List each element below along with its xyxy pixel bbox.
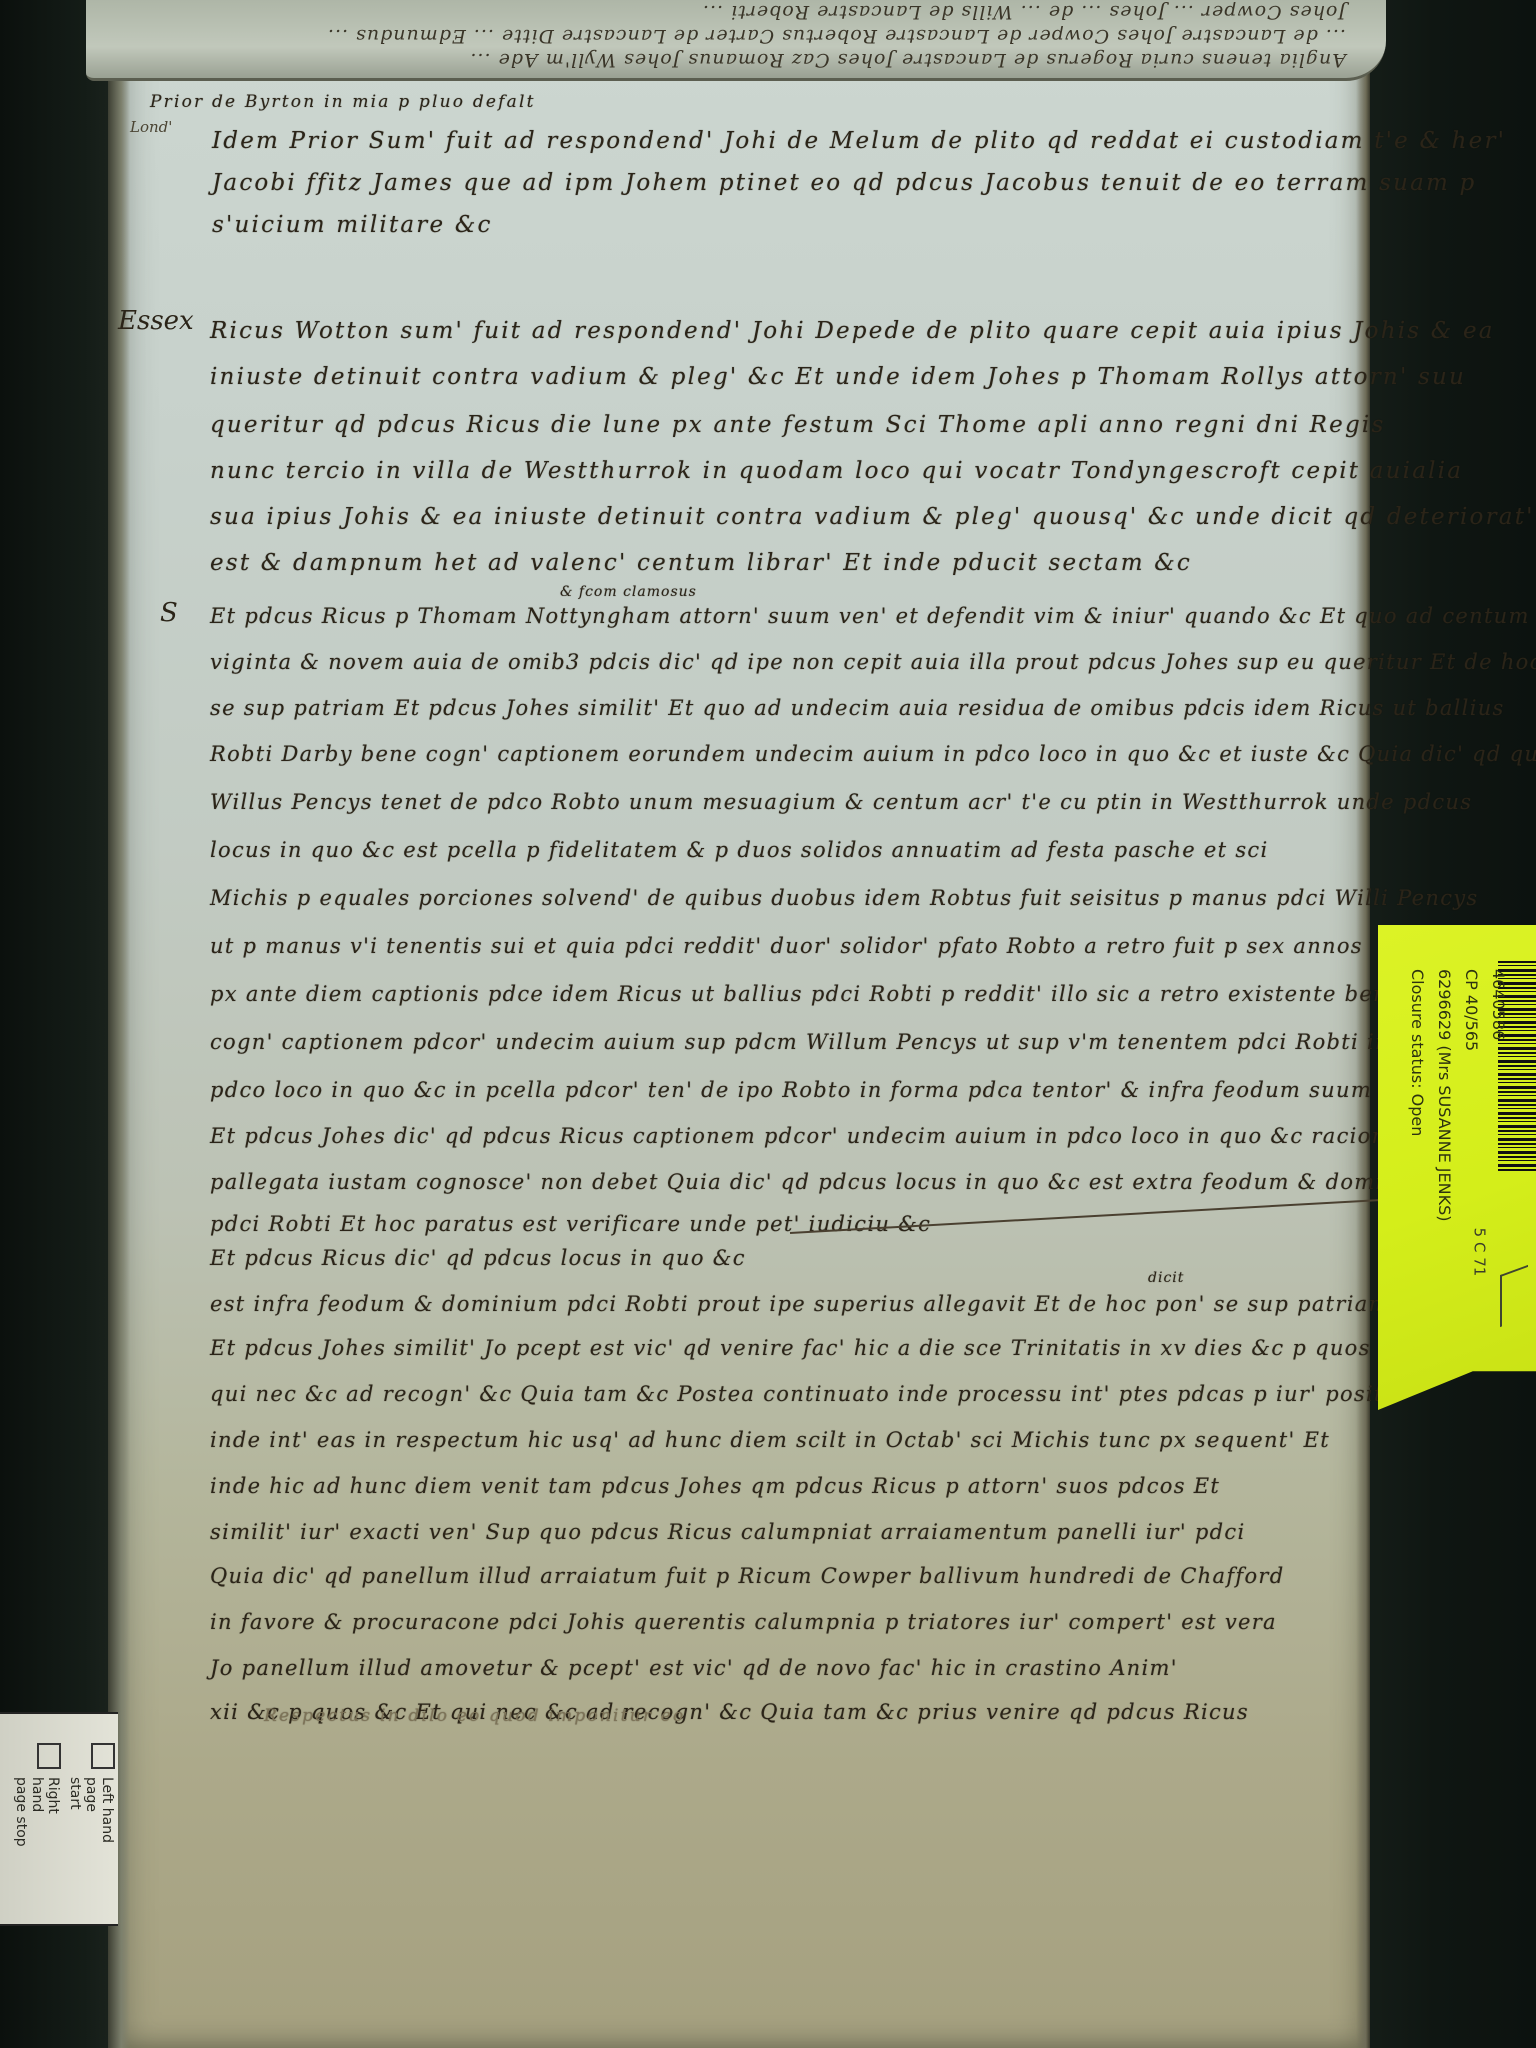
ms-line: Ricus Wotton sum' fuit ad respondend' Jo…	[210, 318, 1495, 344]
ms-line: px ante diem captionis pdce idem Ricus u…	[210, 982, 1402, 1006]
slip-option-right-stop[interactable]: Right hand page stop	[13, 1743, 61, 1953]
ms-line: Et pdcus Johes similit' Jo pcept est vic…	[210, 1336, 1446, 1360]
ms-line: viginta & novem auia de omib3 pdcis dic'…	[210, 650, 1536, 674]
margin-county-essex: Essex	[118, 306, 194, 336]
fold-line: Anglia tenens curia Rogerus de Lancastre…	[86, 48, 1386, 72]
interlinear-insertion: dicit	[1148, 1270, 1184, 1286]
ms-line: pdci Robti Et hoc paratus est verificare…	[210, 1212, 931, 1236]
ms-line: pallegata iustam cognosce' non debet Qui…	[210, 1170, 1442, 1194]
ms-line: Michis p equales porciones solvend' de q…	[210, 886, 1479, 910]
tag-reference: CP 40/565	[1458, 969, 1485, 1389]
ms-line: similit' iur' exacti ven' Sup quo pdcus …	[210, 1520, 1245, 1544]
trailing-note: Respectus in dilo eo quod imponitur eo	[264, 1706, 685, 1726]
ms-line: inde int' eas in respectum hic usq' ad h…	[210, 1428, 1330, 1452]
slip-label: Right hand page stop	[13, 1777, 61, 1849]
fold-line: Johes Cowper ... Johes ... de ... Wills …	[86, 0, 1386, 24]
checkbox-icon[interactable]	[91, 1743, 115, 1769]
page-marker-slip: Left hand page start Right hand page sto…	[0, 1712, 118, 1926]
pencil-annotation: 5 C 71	[1472, 1228, 1486, 1277]
ms-line: Willus Pencys tenet de pdco Robto unum m…	[210, 790, 1472, 814]
tag-requester: 6296629 (Mrs SUSANNE JENKS)	[1431, 969, 1458, 1389]
ms-line: Et pdcus Johes dic' qd pdcus Ricus capti…	[210, 1124, 1400, 1148]
checkbox-icon[interactable]	[37, 1743, 61, 1769]
ms-line: locus in quo &c est pcella p fidelitatem…	[210, 838, 1269, 862]
ms-line: Et pdcus Ricus dic' qd pdcus locus in qu…	[210, 1246, 746, 1270]
ms-line: Robti Darby bene cogn' captionem eorunde…	[210, 742, 1536, 766]
ms-line: est & dampnum het ad valenc' centum libr…	[210, 550, 1192, 576]
ms-line: sua ipius Johis & ea iniuste detinuit co…	[210, 504, 1535, 530]
tag-id: 4640586	[1485, 969, 1512, 1389]
ms-line: est infra feodum & dominium pdci Robti p…	[210, 1292, 1390, 1316]
ms-line: Idem Prior Sum' fuit ad respondend' Johi…	[212, 128, 1506, 154]
ms-line: s'uicium militare &c	[212, 212, 493, 238]
slip-option-left-start[interactable]: Left hand page start	[67, 1743, 115, 1953]
interlinear-insertion: & fcom clamosus	[560, 584, 697, 600]
ms-line: in favore & procuracone pdci Johis quere…	[210, 1610, 1277, 1634]
fold-line: ... de Lancastre Johes Cowper de Lancast…	[86, 24, 1386, 48]
ms-line: se sup patriam Et pdcus Johes similit' E…	[210, 696, 1505, 720]
margin-mark: S	[160, 598, 178, 628]
ms-line: Et pdcus Ricus p Thomam Nottyngham attor…	[210, 604, 1536, 628]
archive-document-tag: 4640586 CP 40/565 6296629 (Mrs SUSANNE J…	[1378, 925, 1536, 1410]
ms-line: queritur qd pdcus Ricus die lune px ante…	[210, 412, 1385, 438]
ms-line: nunc tercio in villa de Westthurrok in q…	[210, 458, 1463, 484]
ms-line: qui nec &c ad recogn' &c Quia tam &c Pos…	[210, 1382, 1398, 1406]
ms-line: Jacobi ffitz James que ad ipm Johem ptin…	[212, 170, 1476, 196]
ms-line: cogn' captionem pdcor' undecim auium sup…	[210, 1030, 1390, 1054]
ms-line: Quia dic' qd panellum illud arraiatum fu…	[210, 1564, 1285, 1588]
folded-previous-membrane: Johes Cowper ... Johes ... de ... Wills …	[86, 0, 1386, 81]
slip-label: Left hand page start	[67, 1777, 115, 1849]
margin-county: Lond'	[130, 118, 172, 136]
tag-status: Closure status: Open	[1404, 969, 1431, 1389]
ms-line: inde hic ad hunc diem venit tam pdcus Jo…	[210, 1474, 1220, 1498]
entry-heading: Prior de Byrton in mia p pluo defalt	[150, 92, 536, 112]
pencil-mark	[1500, 1265, 1528, 1327]
ms-line: iniuste detinuit contra vadium & pleg' &…	[210, 364, 1466, 390]
ms-line: Jo panellum illud amovetur & pcept' est …	[210, 1656, 1178, 1680]
tag-text: 4640586 CP 40/565 6296629 (Mrs SUSANNE J…	[1404, 969, 1512, 1389]
ms-line: ut p manus v'i tenentis sui et quia pdci…	[210, 934, 1363, 958]
ms-line: pdco loco in quo &c in pcella pdcor' ten…	[210, 1078, 1372, 1102]
